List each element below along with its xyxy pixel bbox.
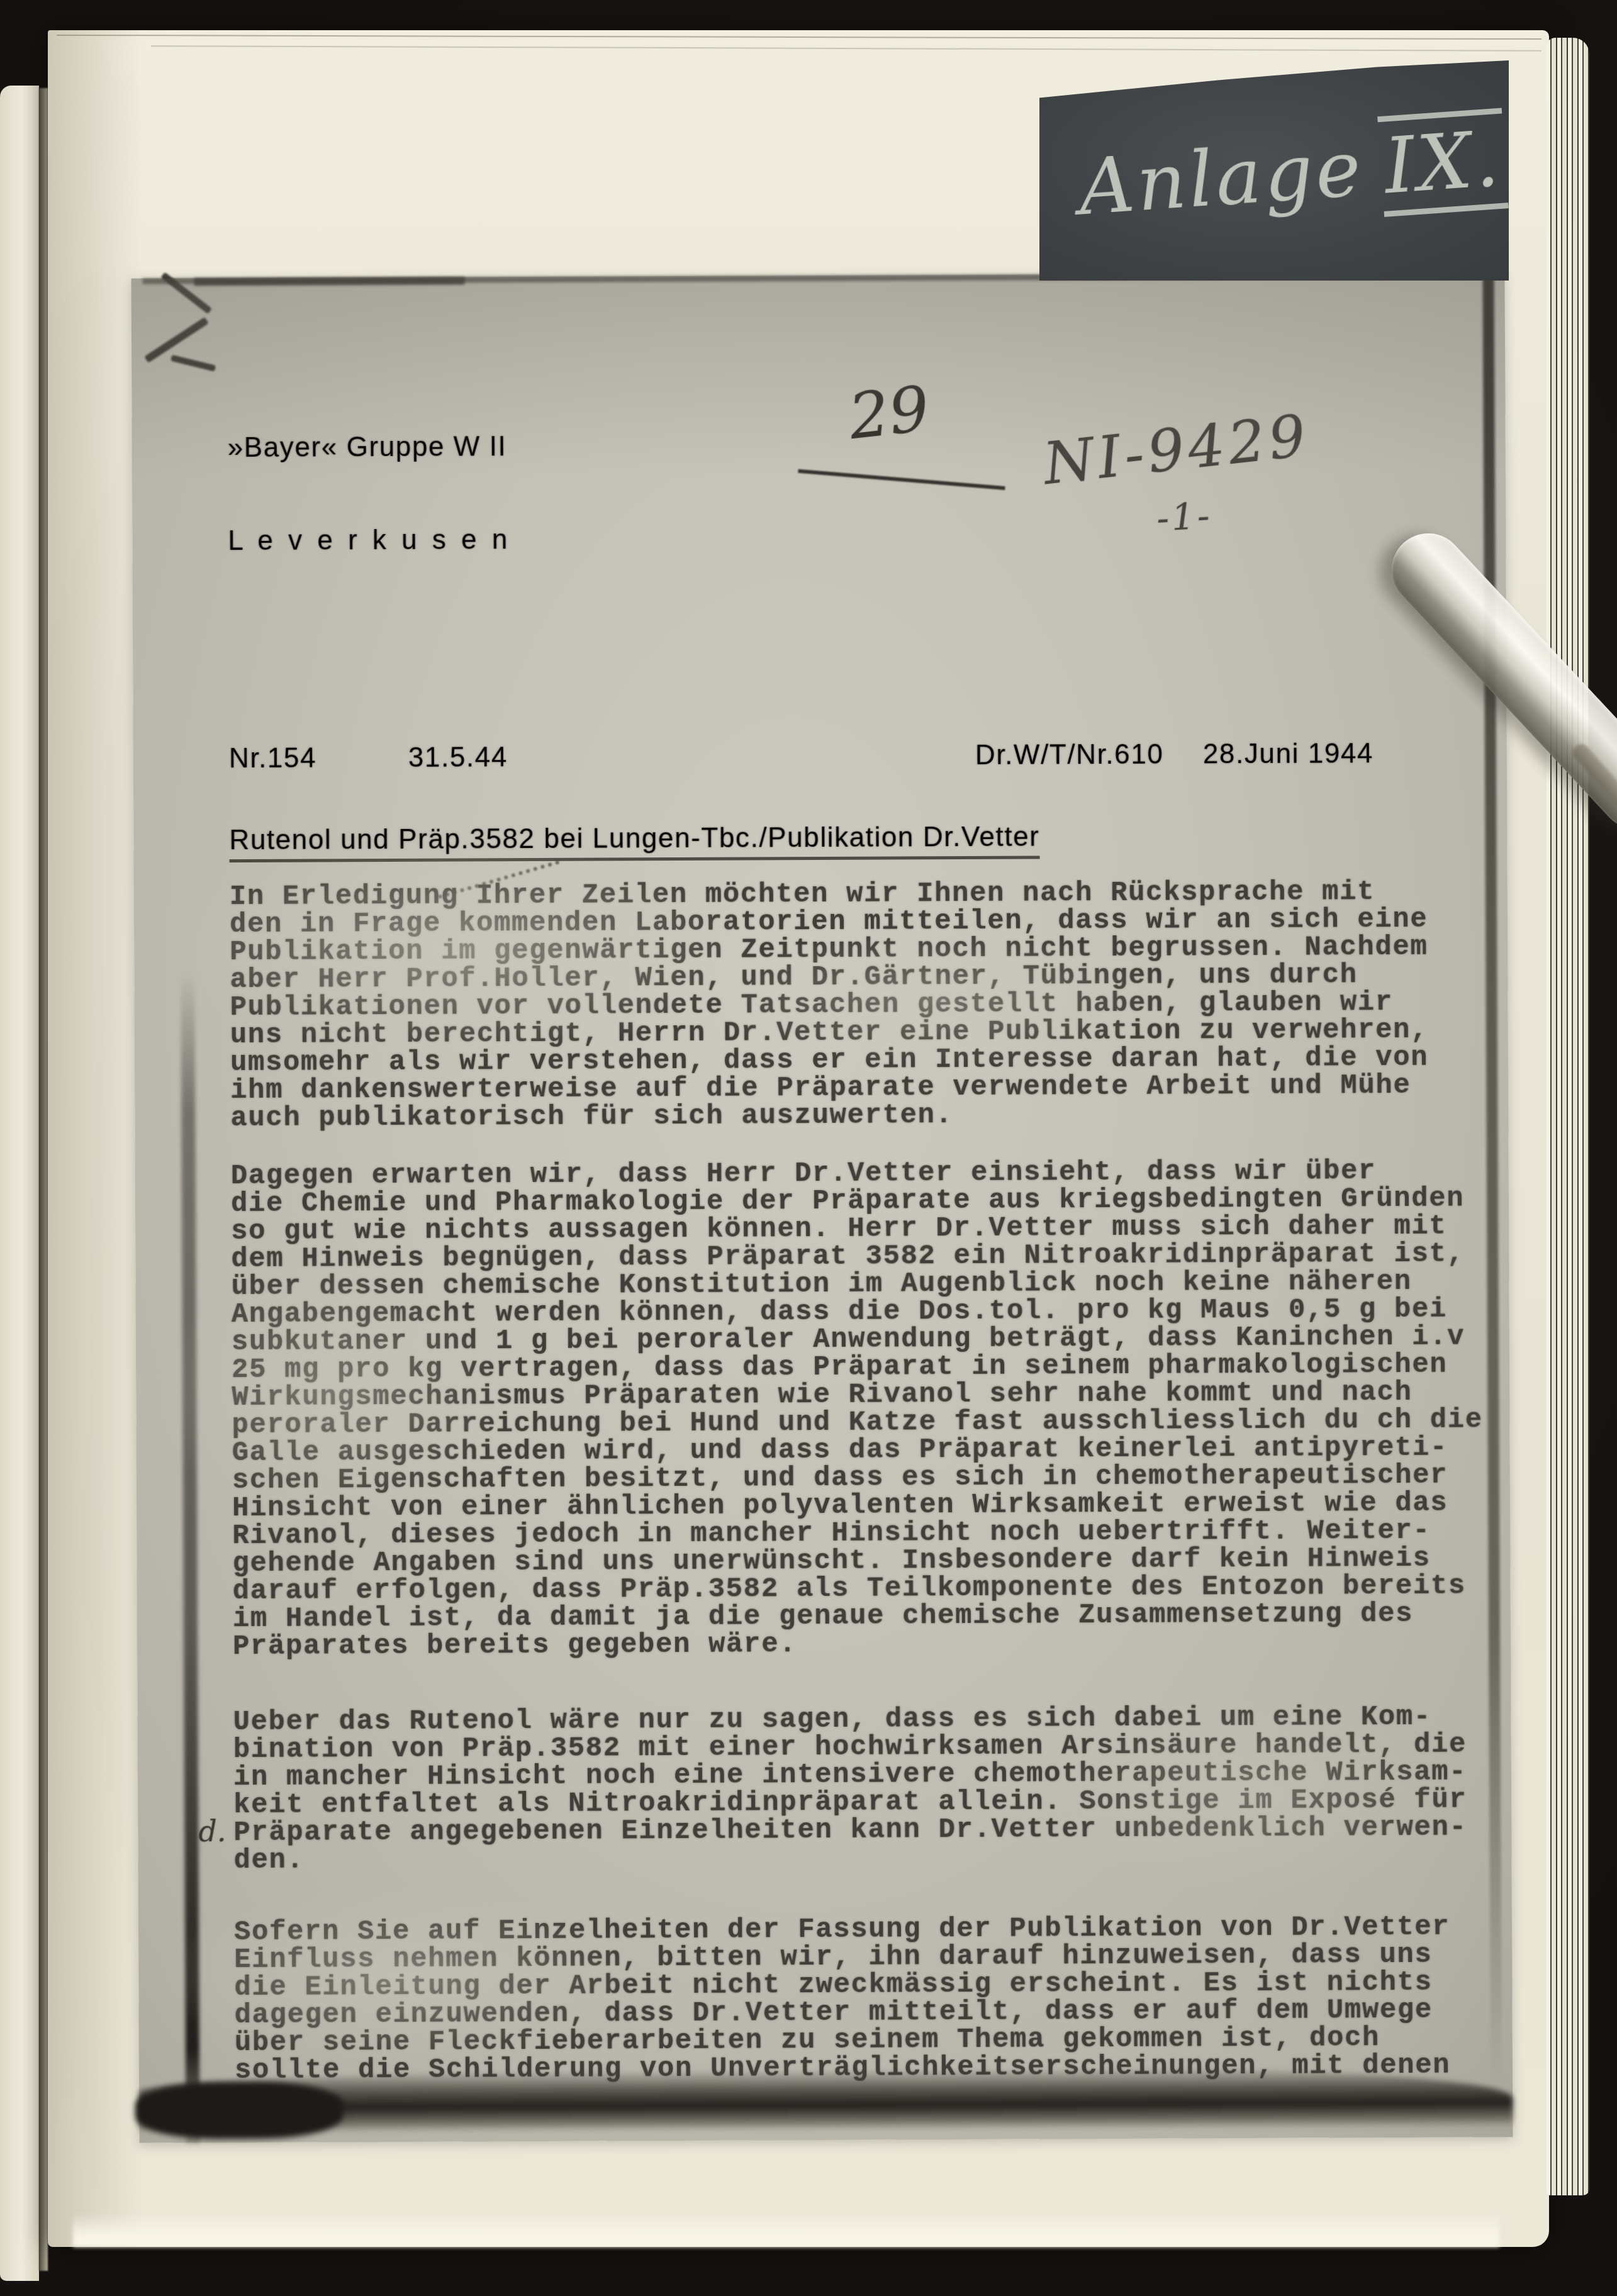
margin-note: d. — [198, 1814, 226, 1848]
handwritten-sheet-number: 29 — [845, 372, 932, 454]
ref-date-left: 31.5.44 — [408, 744, 508, 772]
photostat-right-border — [1483, 274, 1502, 2085]
paragraph-2: Dagegen erwarten wir, dass Herr Dr.Vette… — [231, 1157, 1484, 1661]
sheet-number-strike — [798, 469, 1005, 490]
subject-line: Rutenol und Präp.3582 bei Lungen-Tbc./Pu… — [229, 823, 1039, 862]
binding-crease — [39, 88, 48, 2271]
scanned-document-photo: »Bayer« Gruppe W II L e v e r k u s e n … — [0, 0, 1617, 2296]
ref-right: Dr.W/T/Nr.610 — [975, 741, 1164, 769]
text-line: Präparates bereits gegeben wäre. — [233, 1627, 1484, 1661]
exhibit-label-block: AnlageIX. — [1039, 60, 1509, 281]
photostat-letter: »Bayer« Gruppe W II L e v e r k u s e n … — [131, 272, 1513, 2143]
page-marker: -1- — [1155, 494, 1213, 540]
corner-mark — [171, 355, 216, 372]
ref-date-right: 28.Juni 1944 — [1203, 740, 1374, 768]
ref-number: Nr.154 — [229, 744, 316, 772]
paragraph-1: In Erledigung Ihrer Zeilen möchten wir I… — [230, 878, 1429, 1132]
letterhead-company: »Bayer« Gruppe W II — [228, 433, 507, 462]
exhibit-number: NI-9429 — [1040, 402, 1312, 498]
photostat-left-border — [181, 970, 199, 2143]
page-stack-edges — [1547, 38, 1589, 2195]
anlage-annotation: AnlageIX. — [1076, 114, 1508, 233]
left-page-edge — [0, 86, 39, 2281]
paragraph-3: Ueber das Rutenol wäre nur zu sagen, das… — [233, 1703, 1467, 1875]
anlage-word: Anlage — [1076, 123, 1367, 232]
text-line: auch publikatorisch für sich auszuwerten… — [230, 1100, 1428, 1132]
letterhead-city: L e v e r k u s e n — [228, 526, 511, 555]
paragraph-4: Sofern Sie auf Einzelheiten der Fassung … — [234, 1914, 1450, 2085]
anlage-numeral: IX. — [1377, 108, 1509, 217]
text-line: im Handel ist, da damit ja die genaue ch… — [233, 1600, 1484, 1633]
text-line: Präparate angegebenen Einzelheiten kann … — [233, 1814, 1467, 1847]
text-line: sollte die Schilderung von Unverträglich… — [235, 2052, 1450, 2085]
photostat-bottom-smear-blob — [135, 2081, 343, 2139]
photostat-top-border-smudge — [194, 277, 465, 286]
